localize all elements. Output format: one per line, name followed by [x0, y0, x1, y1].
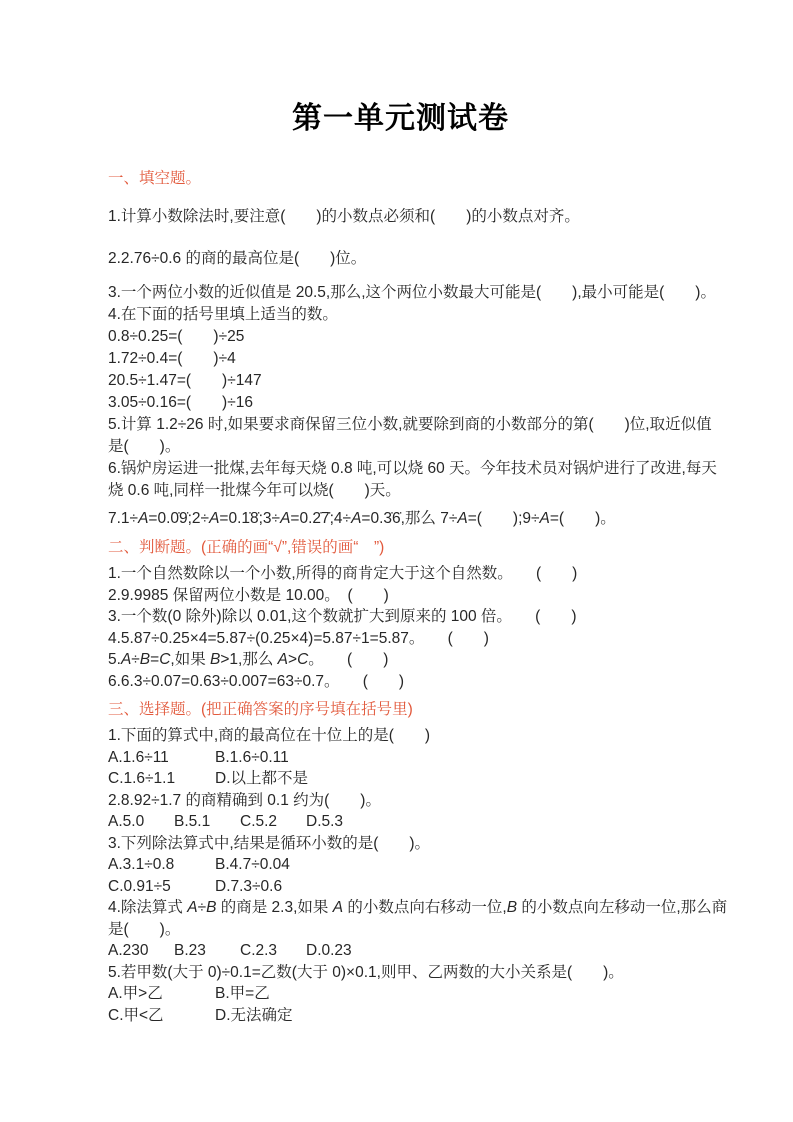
question-line: 3.05÷0.16=( )÷16	[108, 392, 693, 414]
section: 一、填空题。1.计算小数除法时,要注意( )的小数点必须和( )的小数点对齐。2…	[108, 168, 693, 530]
section-heading: 三、选择题。(把正确答案的序号填在括号里)	[108, 699, 693, 721]
option-item: C.5.2	[240, 811, 306, 833]
question-line: 6.6.3÷0.07=0.63÷0.007=63÷0.7。 ( )	[108, 671, 693, 693]
option-item: D.无法确定	[215, 1005, 303, 1027]
option-item: B.1.6÷0.11	[215, 747, 299, 769]
option-item: D.7.3÷0.6	[215, 876, 292, 898]
question-line: 烧 0.6 吨,同样一批煤今年可以烧( )天。	[108, 480, 693, 502]
option-row: A.1.6÷11B.1.6÷0.11	[108, 747, 693, 769]
option-row: A.3.1÷0.8B.4.7÷0.04	[108, 854, 693, 876]
question-line: 0.8÷0.25=( )÷25	[108, 326, 693, 348]
option-item: C.2.3	[240, 940, 306, 962]
question-line: 1.一个自然数除以一个小数,所得的商肯定大于这个自然数。 ( )	[108, 563, 693, 585]
document-body: 一、填空题。1.计算小数除法时,要注意( )的小数点必须和( )的小数点对齐。2…	[108, 168, 693, 1026]
option-item: C.甲<乙	[108, 1005, 215, 1027]
option-item: D.以上都不是	[215, 768, 318, 790]
option-item: D.0.23	[306, 940, 372, 962]
page-title: 第一单元测试卷	[108, 101, 693, 137]
option-item: A.3.1÷0.8	[108, 854, 215, 876]
question-line: 5.A÷B=C,如果 B>1,那么 A>C。 ( )	[108, 649, 693, 671]
option-row: C.1.6÷1.1D.以上都不是	[108, 768, 693, 790]
option-item: C.1.6÷1.1	[108, 768, 215, 790]
option-item: B.4.7÷0.04	[215, 854, 300, 876]
question-line: 5.若甲数(大于 0)÷0.1=乙数(大于 0)×0.1,则甲、乙两数的大小关系…	[108, 962, 693, 984]
test-paper-page: 第一单元测试卷 一、填空题。1.计算小数除法时,要注意( )的小数点必须和( )…	[0, 0, 793, 1122]
option-row: A.230B.23C.2.3D.0.23	[108, 940, 693, 962]
option-row: C.0.91÷5D.7.3÷0.6	[108, 876, 693, 898]
option-item: A.甲>乙	[108, 983, 215, 1005]
option-item: B.5.1	[174, 811, 240, 833]
question-line: 5.计算 1.2÷26 时,如果要求商保留三位小数,就要除到商的小数部分的第( …	[108, 414, 693, 436]
question-line: 3.一个两位小数的近似值是 20.5,那么,这个两位小数最大可能是( ),最小可…	[108, 282, 693, 304]
question-line: 7.1÷A=0.0̇9̇;2÷A=0.1̇8̇;3÷A=0.2̇7̇;4÷A=0…	[108, 508, 693, 530]
question-line: 6.锅炉房运进一批煤,去年每天烧 0.8 吨,可以烧 60 天。今年技术员对锅炉…	[108, 458, 693, 480]
question-line: 2.8.92÷1.7 的商精确到 0.1 约为( )。	[108, 790, 693, 812]
option-item: B.甲=乙	[215, 983, 280, 1005]
question-line: 4.5.87÷0.25×4=5.87÷(0.25×4)=5.87÷1=5.87。…	[108, 628, 693, 650]
option-row: C.甲<乙D.无法确定	[108, 1005, 693, 1027]
section: 三、选择题。(把正确答案的序号填在括号里)1.下面的算式中,商的最高位在十位上的…	[108, 699, 693, 1026]
section-heading: 一、填空题。	[108, 168, 693, 190]
option-item: B.23	[174, 940, 240, 962]
option-item: A.1.6÷11	[108, 747, 215, 769]
option-item: A.230	[108, 940, 174, 962]
section: 二、判断题。(正确的画“√”,错误的画“ ”)1.一个自然数除以一个小数,所得的…	[108, 537, 693, 692]
option-item: A.5.0	[108, 811, 174, 833]
question-line: 4.在下面的括号里填上适当的数。	[108, 304, 693, 326]
question-line: 1.72÷0.4=( )÷4	[108, 348, 693, 370]
question-line: 1.下面的算式中,商的最高位在十位上的是( )	[108, 725, 693, 747]
option-row: A.5.0B.5.1C.5.2D.5.3	[108, 811, 693, 833]
question-line: 3.下列除法算式中,结果是循环小数的是( )。	[108, 833, 693, 855]
question-line: 20.5÷1.47=( )÷147	[108, 370, 693, 392]
option-row: A.甲>乙B.甲=乙	[108, 983, 693, 1005]
question-line: 3.一个数(0 除外)除以 0.01,这个数就扩大到原来的 100 倍。 ( )	[108, 606, 693, 628]
question-line: 是( )。	[108, 436, 693, 458]
question-line: 2.2.76÷0.6 的商的最高位是( )位。	[108, 248, 693, 270]
question-line: 2.9.9985 保留两位小数是 10.00。 ( )	[108, 585, 693, 607]
question-line: 4.除法算式 A÷B 的商是 2.3,如果 A 的小数点向右移动一位,B 的小数…	[108, 897, 693, 919]
option-item: D.5.3	[306, 811, 372, 833]
question-line: 1.计算小数除法时,要注意( )的小数点必须和( )的小数点对齐。	[108, 206, 693, 228]
question-line: 是( )。	[108, 919, 693, 941]
option-item: C.0.91÷5	[108, 876, 215, 898]
section-heading: 二、判断题。(正确的画“√”,错误的画“ ”)	[108, 537, 693, 559]
